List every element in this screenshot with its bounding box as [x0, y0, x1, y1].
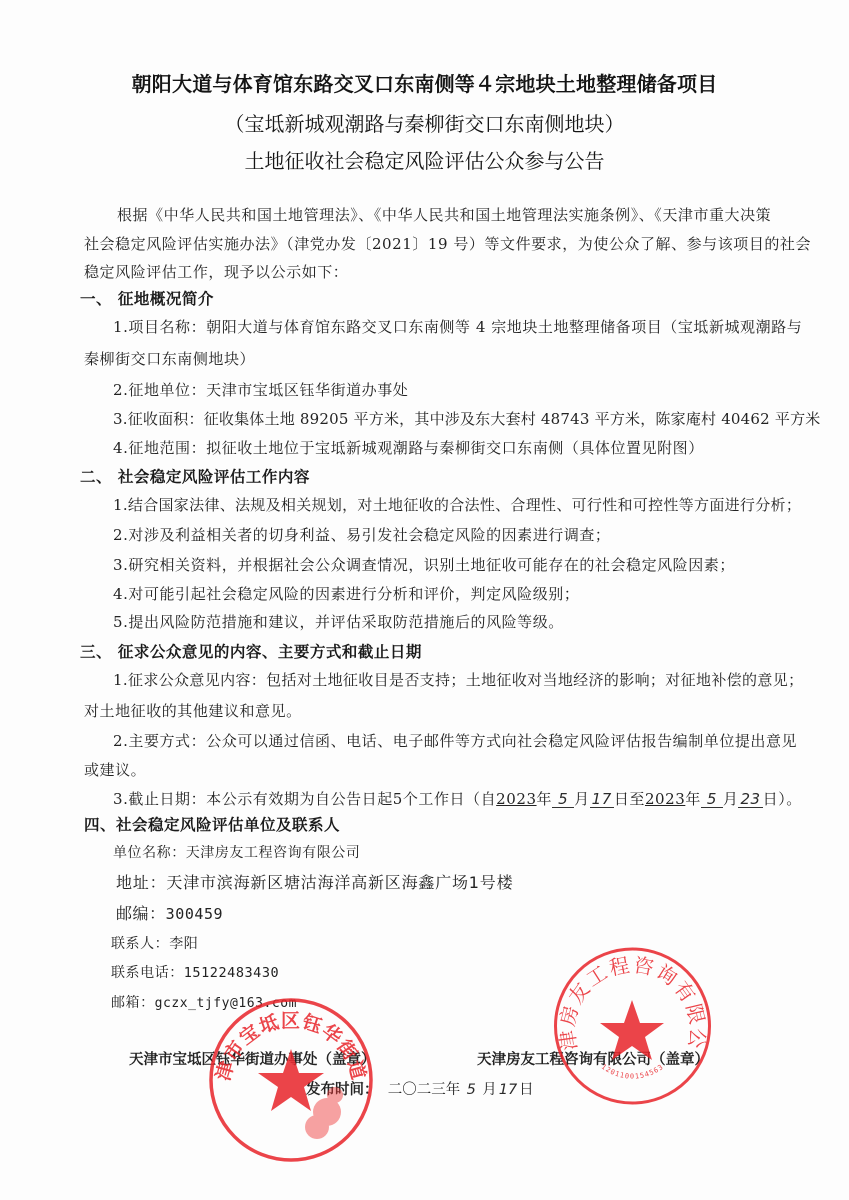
section-3-deadline: 3.截止日期：本公示有效期为自公告日起5个工作日（自2023年5月17日至202… — [113, 792, 802, 808]
contact-unit: 单位名称：天津房友工程咨询有限公司 — [113, 846, 360, 860]
year-label: 年 — [685, 790, 701, 808]
section-2-item-4: 4.对可能引起社会稳定风险的因素进行分析和评价，判定风险级别； — [113, 587, 579, 602]
doc-title-line-2: （宝坻新城观潮路与秦柳街交口东南侧地块） — [0, 114, 849, 134]
contact-email: 邮箱：gczx_tjfy@163.com — [111, 996, 297, 1010]
deadline-prefix: 3.截止日期：本公示有效期为自公告日起5个工作日（自 — [113, 790, 496, 808]
signature-left: 天津市宝坻区钰华街道办事处（盖章） — [129, 1053, 376, 1068]
deadline-start-day: 17 — [590, 792, 614, 808]
section-2-item-1: 1.结合国家法律、法规及相关规划，对土地征收的合法性、合理性、可行性和可控性等方… — [113, 498, 801, 513]
section-1-item-1-cont: 秦柳街交口东南侧地块） — [84, 352, 255, 367]
contact-person: 联系人：李阳 — [111, 937, 198, 951]
section-3-item-1: 1.征求公众意见内容：包括对土地征收目是否支持；土地征收对当地经济的影响；对征地… — [113, 673, 803, 688]
section-3-heading: 三、 征求公众意见的内容、主要方式和截止日期 — [80, 644, 422, 660]
month-label: 月 — [723, 790, 739, 808]
section-2-item-5: 5.提出风险防范措施和建议，并评估采取防范措施后的风险等级。 — [113, 615, 564, 630]
svg-text:天津房友工程咨询有限公司: 天津房友工程咨询有限公司 — [552, 946, 710, 1052]
phone-value: 15122483430 — [184, 965, 279, 981]
deadline-start-year: 2023 — [496, 790, 536, 808]
release-day: 17 — [497, 1083, 519, 1098]
release-month-label: 月 — [482, 1082, 497, 1098]
email-value[interactable]: gczx_tjfy@163.com — [155, 996, 297, 1011]
postcode-label: 邮编： — [116, 904, 166, 923]
intro-line-1: 根据《中华人民共和国土地管理法》、《中华人民共和国土地管理法实施条例》、《天津市… — [117, 208, 771, 223]
section-4-heading: 四、社会稳定风险评估单位及联系人 — [84, 817, 340, 833]
year-label: 年 — [537, 790, 553, 808]
red-seal-icon: 天津市宝坻区钰华街道办 — [207, 997, 375, 1163]
intro-line-2: 社会稳定风险评估实施办法》（津党办发〔2021〕19 号）等文件要求，为使公众了… — [84, 237, 811, 252]
email-label: 邮箱： — [111, 995, 155, 1011]
day-label: 日至 — [614, 790, 645, 808]
deadline-start-month: 5 — [552, 792, 574, 808]
section-3-item-2: 2.主要方式：公众可以通过信函、电话、电子邮件等方式向社会稳定风险评估报告编制单… — [113, 734, 797, 749]
deadline-end-day: 23 — [738, 792, 762, 808]
section-3-item-2-cont: 或建议。 — [84, 763, 146, 778]
section-1-item-2: 2.征地单位：天津市宝坻区钰华街道办事处 — [113, 383, 408, 398]
release-month: 5 — [460, 1083, 482, 1098]
official-seal-left: 天津市宝坻区钰华街道办 — [207, 997, 375, 1163]
section-1-heading: 一、 征地概况简介 — [80, 291, 214, 307]
section-2-item-3: 3.研究相关资料，并根据社会公众调查情况，识别土地征收可能存在的社会稳定风险因素… — [113, 558, 735, 573]
deadline-suffix: 日）。 — [763, 790, 802, 808]
official-seal-right: 天津房友工程咨询有限公司 1201100154563 — [552, 946, 713, 1106]
release-day-label: 日 — [519, 1082, 534, 1098]
contact-phone: 联系电话：15122483430 — [111, 966, 279, 981]
section-1-item-3: 3.征收面积：征收集体土地 89205 平方米，其中涉及东大套村 48743 平… — [113, 412, 820, 427]
release-label: 发布时间： — [306, 1082, 379, 1098]
section-2-item-2: 2.对涉及利益相关者的切身利益、易引发社会稳定风险的因素进行调查； — [113, 528, 610, 543]
phone-label: 联系电话： — [111, 965, 184, 981]
signature-right: 天津房友工程咨询有限公司（盖章） — [477, 1053, 709, 1068]
section-2-heading: 二、 社会稳定风险评估工作内容 — [80, 469, 310, 485]
doc-title-line-3: 土地征收社会稳定风险评估公众参与公告 — [0, 151, 849, 171]
postcode-value: 300459 — [166, 905, 224, 923]
red-seal-icon: 天津房友工程咨询有限公司 1201100154563 — [552, 946, 713, 1106]
section-3-item-1-cont: 对土地征收的其他建议和意见。 — [84, 704, 302, 719]
doc-title-line-1: 朝阳大道与体育馆东路交叉口东南侧等４宗地块土地整理储备项目 — [0, 74, 849, 94]
deadline-end-month: 5 — [701, 792, 723, 808]
contact-postcode: 邮编：300459 — [116, 906, 223, 922]
release-year: 二〇二三年 — [388, 1082, 461, 1098]
contact-address: 地址：天津市滨海新区塘沽海洋高新区海鑫广场1号楼 — [116, 875, 513, 891]
intro-line-3: 稳定风险评估工作，现予以公示如下： — [84, 265, 348, 280]
month-label: 月 — [574, 790, 590, 808]
release-date: 发布时间： 二〇二三年5月17日 — [306, 1083, 534, 1098]
section-1-item-1: 1.项目名称：朝阳大道与体育馆东路交叉口东南侧等 4 宗地块土地整理储备项目（宝… — [113, 320, 802, 335]
section-1-item-4: 4.征地范围：拟征收土地位于宝坻新城观潮路与秦柳街交口东南侧（具体位置见附图） — [113, 441, 704, 456]
deadline-end-year: 2023 — [645, 790, 685, 808]
